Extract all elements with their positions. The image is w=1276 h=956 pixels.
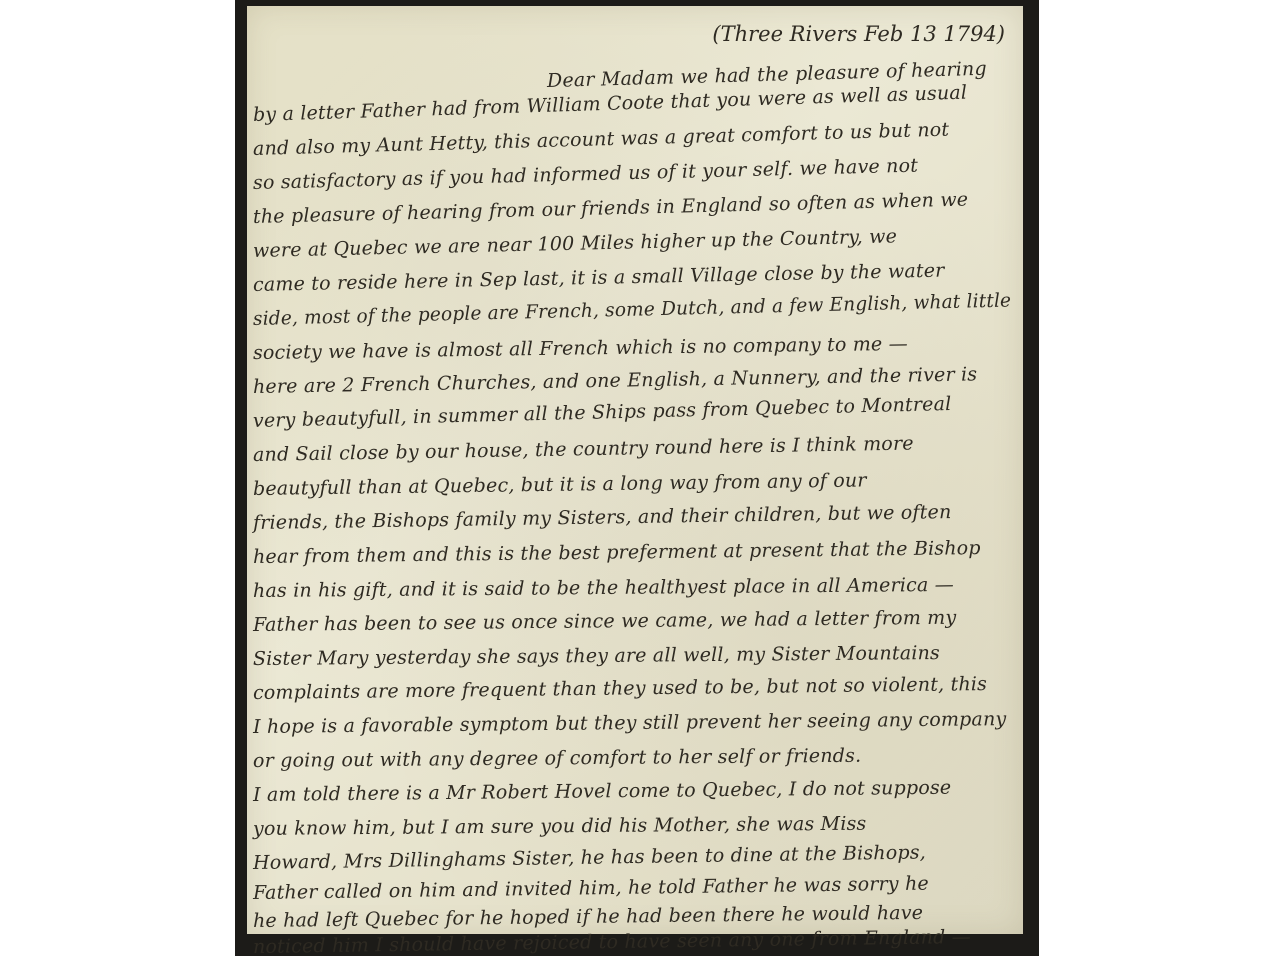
letter-line: or going out with any degree of comfort … bbox=[253, 745, 861, 772]
letter-line: Sister Mary yesterday she says they are … bbox=[253, 642, 940, 670]
letter-line: were at Quebec we are near 100 Miles hig… bbox=[253, 225, 898, 262]
letter-line: you know him, but I am sure you did his … bbox=[253, 813, 867, 840]
letter-line: society we have is almost all French whi… bbox=[253, 333, 908, 364]
letter-line: here are 2 French Churches, and one Engl… bbox=[253, 363, 978, 398]
letter-line: and Sail close by our house, the country… bbox=[253, 432, 914, 466]
letter-line: Howard, Mrs Dillinghams Sister, he has b… bbox=[253, 841, 926, 874]
letter-line: has in his gift, and it is said to be th… bbox=[253, 574, 954, 602]
letter-line: hear from them and this is the best pref… bbox=[253, 537, 981, 568]
letter-line: I hope is a favorable symptom but they s… bbox=[253, 708, 1007, 738]
letter-line: side, most of the people are French, som… bbox=[253, 289, 1012, 330]
letter-line: Father called on him and invited him, he… bbox=[253, 873, 929, 904]
letter-line: Father has been to see us once since we … bbox=[253, 607, 957, 636]
letter-page: (Three Rivers Feb 13 1794) Dear Madam we… bbox=[247, 6, 1023, 934]
letter-line: very beautyfull, in summer all the Ships… bbox=[253, 393, 952, 432]
letter-line: so satisfactory as if you had informed u… bbox=[253, 155, 919, 194]
letter-line: I am told there is a Mr Robert Hovel com… bbox=[253, 777, 952, 806]
letter-line: the pleasure of hearing from our friends… bbox=[253, 189, 969, 228]
letter-line: beautyfull than at Quebec, but it is a l… bbox=[253, 469, 867, 500]
letter-line: complaints are more frequent than they u… bbox=[253, 673, 987, 704]
letter-line: friends, the Bishops family my Sisters, … bbox=[253, 501, 952, 534]
scan-frame: (Three Rivers Feb 13 1794) Dear Madam we… bbox=[235, 0, 1039, 956]
letter-line: and also my Aunt Hetty, this account was… bbox=[253, 119, 950, 160]
letter-dateline: (Three Rivers Feb 13 1794) bbox=[712, 22, 1005, 46]
letter-line: came to reside here in Sep last, it is a… bbox=[253, 260, 945, 296]
